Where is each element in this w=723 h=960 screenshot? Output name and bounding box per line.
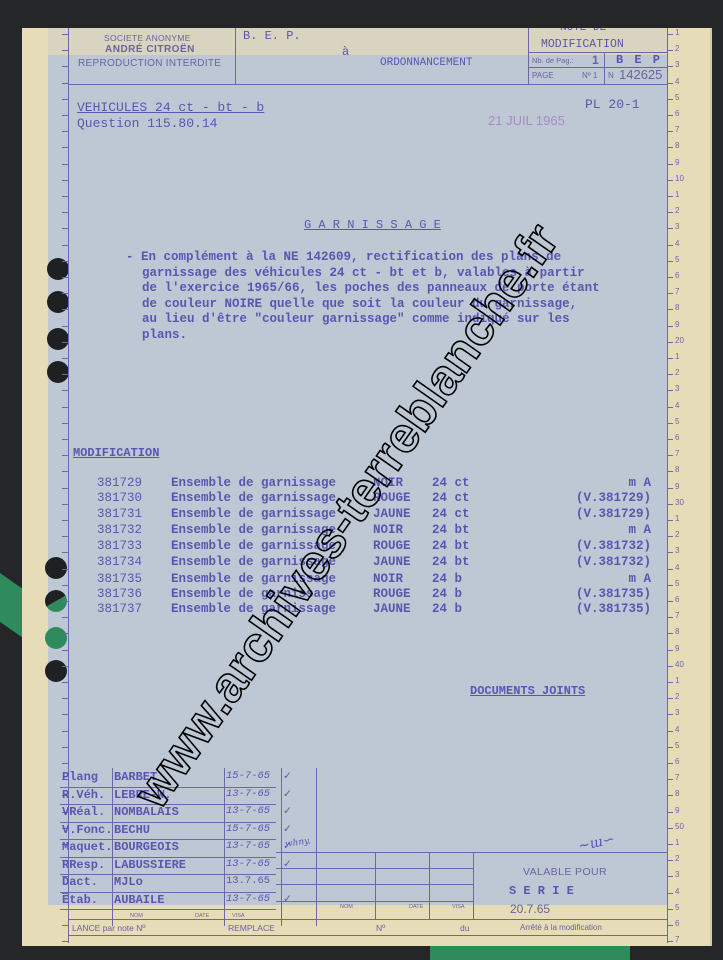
ruler-number: 2 [675,44,679,53]
ruler-number: 4 [675,563,679,572]
ruler-number: 30 [675,498,684,507]
ruler-number: 5 [675,579,679,588]
part-number: 381733 [97,539,142,553]
part-description: Ensemble de garnissage [171,491,336,505]
ruler-tick [62,504,68,505]
page-number: Nº 1 [582,71,597,80]
ruler-number: 7 [675,611,679,620]
ruler-tick [667,714,673,715]
ruler-number: 7 [675,935,679,944]
signature-date: 15-7-65 [226,770,270,782]
doc-type: MODIFICATION [541,38,624,51]
ruler-tick [667,860,673,861]
ruler-tick [667,342,673,343]
ruler-tick [667,763,673,764]
ruler-tick [62,164,68,165]
ruler-tick [62,941,68,942]
part-note: m A [628,523,651,537]
binding-hole [45,627,67,649]
ruler-tick [667,439,673,440]
ruler-tick [62,763,68,764]
ruler-tick [62,196,68,197]
vehicle-model: 24 ct [432,476,470,490]
ruler-number: 4 [675,239,679,248]
ruler-tick [667,115,673,116]
header-cell-divider [604,52,605,84]
ruler-number: 8 [675,141,679,150]
ruler-number: 8 [675,789,679,798]
part-number: 381734 [97,555,142,569]
validity-date: 20.7.65 [510,902,550,916]
approval-top-line [276,852,668,853]
col-visa-2: VISA [452,904,465,910]
signature-visa: ✓ [283,823,292,835]
department-code: B E P [616,53,662,67]
part-number: 381736 [97,587,142,601]
paragraph-line: plans. [142,328,187,342]
ruler-tick [667,164,673,165]
part-number: 381731 [97,507,142,521]
nb-pages: 1 [592,53,599,67]
signature-date: 15-7-65 [226,823,270,835]
signature-date: 13-7-65 [226,840,270,852]
ruler-tick [667,828,673,829]
signatory-name: BOURGEOIS [114,840,179,854]
ruler-number: 1 [675,28,679,37]
ruler-tick [667,196,673,197]
ruler-number: 7 [675,773,679,782]
ruler-number: 1 [675,514,679,523]
ruler-tick [62,731,68,732]
ruler-number: 7 [675,287,679,296]
ruler-tick [62,925,68,926]
date-stamp: 21 JUIL 1965 [488,113,565,128]
part-color: NOIR [373,572,403,586]
ruler-tick [667,471,673,472]
ruler-tick [62,617,68,618]
col-date-2: DATE [409,904,423,910]
part-number: 381737 [97,602,142,616]
part-note: (V.381729) [576,491,651,505]
part-note: m A [628,572,651,586]
ruler-tick [667,536,673,537]
signatory-role: VRéal. [62,805,105,819]
ruler-tick [667,617,673,618]
ruler-tick [62,261,68,262]
signature-visa: ✓ [283,893,292,905]
ruler-tick [62,115,68,116]
signature-col-line [112,768,113,926]
part-note: (V.381729) [576,507,651,521]
ruler-tick [62,423,68,424]
ruler-tick [667,844,673,845]
part-number: 381732 [97,523,142,537]
question-ref: Question 115.80.14 [77,116,217,131]
ruler-number: 3 [675,222,679,231]
page-label: PAGE [532,71,554,80]
ruler-number: 8 [675,303,679,312]
ruler-number: 2 [675,692,679,701]
ruler-tick [62,131,68,132]
approval-divider [375,852,376,919]
ruler-number: 4 [675,77,679,86]
vehicle-model: 24 ct [432,491,470,505]
ruler-number: 10 [675,174,684,183]
ruler-tick [667,390,673,391]
part-color: JAUNE [373,555,411,569]
ruler-number: 5 [675,903,679,912]
vehicle-model: 24 bt [432,539,470,553]
ruler-number: 4 [675,725,679,734]
part-number: 381735 [97,572,142,586]
ruler-tick [667,779,673,780]
ruler-tick [62,666,68,667]
ruler-number: 1 [675,838,679,847]
ruler-number: 5 [675,741,679,750]
ruler-tick [667,147,673,148]
approval-line [276,901,473,902]
header-divider [528,28,529,84]
ruler-tick [62,34,68,35]
vehicle-model: 24 bt [432,523,470,537]
ruler-tick [62,650,68,651]
ruler-tick [667,180,673,181]
signatory-role: Dact. [62,875,98,889]
ruler-number: 3 [675,60,679,69]
ruler-tick [62,682,68,683]
ruler-tick [667,925,673,926]
ruler-tick [62,552,68,553]
ruler-tick [667,66,673,67]
valid-for-label: VALABLE POUR [523,866,607,878]
ruler-tick [62,212,68,213]
ruler-number: 5 [675,93,679,102]
vehicle-model: 24 b [432,602,462,616]
ruler-tick [62,309,68,310]
documents-joints-heading: DOCUMENTS JOINTS [470,684,585,698]
ruler-tick [667,909,673,910]
binding-hole [47,328,69,350]
ruler-tick [667,83,673,84]
n-label: N [608,71,614,80]
ruler-tick [62,293,68,294]
ruler-number: 9 [675,158,679,167]
ruler-tick [62,228,68,229]
ruler-tick [667,374,673,375]
doc-type-partial: NOTE DE [560,22,606,34]
signature-row-line [60,909,276,910]
signature-date: 13-7-65 [226,893,270,905]
to-department: ORDONNANCEMENT [380,57,472,69]
signatory-name: AUBAILE [114,893,164,907]
ruler-number: 6 [675,595,679,604]
from-department: B. E. P. [243,29,301,43]
ruler-number: 3 [675,708,679,717]
part-color: JAUNE [373,602,411,616]
ruler-tick [667,601,673,602]
signatory-role: Plang [62,770,98,784]
ruler-number: 8 [675,627,679,636]
ruler-tick [62,50,68,51]
approval-divider [429,852,430,919]
ruler-number: 9 [675,320,679,329]
part-color: ROUGE [373,539,411,553]
part-color: NOIR [373,523,403,537]
ruler-tick [62,471,68,472]
ruler-number: 3 [675,384,679,393]
ruler-tick [62,147,68,148]
signature-date: 13.7.65 [226,875,270,887]
ruler-number: 3 [675,870,679,879]
header-divider [235,28,236,84]
signature-col-line [224,768,225,926]
ruler-number: 1 [675,676,679,685]
signature-date: 13-7-65 [226,788,270,800]
ruler-tick [667,569,673,570]
part-description: Ensemble de garnissage [171,476,336,490]
ruler-number: 1 [675,352,679,361]
ruler-tick [667,50,673,51]
approval-line [276,884,473,885]
remplace-label: REMPLACE [228,923,275,933]
footer-top-line [68,919,668,920]
ruler-tick [62,277,68,278]
ruler-tick [62,83,68,84]
ruler-tick [667,407,673,408]
ruler-number: 7 [675,125,679,134]
ruler-tick [667,293,673,294]
ruler-tick [62,326,68,327]
part-note: m A [628,476,651,490]
signature-visa: ✓ [283,805,292,817]
ruler-tick [667,261,673,262]
note-number: 142625 [619,67,662,82]
no-label: Nº [376,923,385,933]
part-note: (V.381735) [576,587,651,601]
ruler-tick [667,698,673,699]
du-label: du [460,923,469,933]
ruler-tick [667,455,673,456]
ruler-tick [667,552,673,553]
ruler-tick [667,34,673,35]
company-name: ANDRÉ CITROËN [105,44,195,55]
ruler-tick [667,326,673,327]
ruler-tick [62,390,68,391]
part-note: (V.381732) [576,555,651,569]
ruler-tick [62,180,68,181]
vehicles-subject: VEHICULES 24 ct - bt - b [77,100,264,115]
ruler-tick [667,309,673,310]
ruler-tick [667,747,673,748]
signatory-name: MJLo [114,875,143,889]
ruler-tick [62,714,68,715]
ruler-tick [667,228,673,229]
ruler-number: 2 [675,206,679,215]
ruler-tick [62,536,68,537]
signatory-role: R.Véh. [62,788,105,802]
col-nom-2: NOM [340,904,353,910]
ruler-tick [62,407,68,408]
ruler-number: 4 [675,887,679,896]
ruler-number: 4 [675,401,679,410]
modification-heading: MODIFICATION [73,446,159,460]
ruler-number: 6 [675,109,679,118]
ruler-tick [62,245,68,246]
ruler-tick [667,633,673,634]
signatory-role: RResp. [62,858,105,872]
company-type: SOCIETE ANONYME [104,33,191,43]
ruler-tick [667,731,673,732]
ruler-tick [667,358,673,359]
ruler-number: 9 [675,482,679,491]
signatory-name: LABUSSIERE [114,858,186,872]
ruler-tick [62,698,68,699]
signature-date: 13-7-65 [226,858,270,870]
ruler-tick [667,212,673,213]
ruler-number: 2 [675,368,679,377]
ruler-tick [667,795,673,796]
part-number: 381730 [97,491,142,505]
ruler-tick [667,520,673,521]
ruler-tick [667,423,673,424]
vehicle-model: 24 bt [432,555,470,569]
arrete-label: Arrêté à la modification [520,923,602,932]
ruler-number: 6 [675,919,679,928]
ruler-tick [667,245,673,246]
ruler-number: 20 [675,336,684,345]
plan-ref: PL 20-1 [585,97,640,112]
ruler-tick [62,374,68,375]
ruler-number: 8 [675,465,679,474]
ruler-tick [62,633,68,634]
ruler-tick [667,941,673,942]
ruler-tick [667,99,673,100]
ruler-tick [667,650,673,651]
ruler-tick [667,876,673,877]
ruler-number: 5 [675,255,679,264]
lance-label: LANCE par note Nº [72,923,146,933]
right-margin-line [667,28,668,943]
ruler-number: 1 [675,190,679,199]
ruler-number: 6 [675,271,679,280]
footer-bottom-line [68,935,668,936]
ruler-number: 50 [675,822,684,831]
ruler-tick [62,439,68,440]
signature-visa: ✓ [283,788,292,800]
ruler-tick [62,569,68,570]
ruler-number: 9 [675,806,679,815]
signature-date: 13-7-65 [226,805,270,817]
ruler-tick [667,682,673,683]
ruler-tick [62,342,68,343]
ruler-tick [62,520,68,521]
ruler-tick [667,277,673,278]
ruler-number: 40 [675,660,684,669]
signatory-role: V.Fonc. [62,823,112,837]
ruler-tick [62,455,68,456]
ruler-number: 7 [675,449,679,458]
ruler-tick [667,666,673,667]
vehicle-model: 24 b [432,572,462,586]
ruler-tick [667,893,673,894]
section-title: G A R N I S S A G E [304,218,441,232]
approval-line [276,868,473,869]
ruler-tick [667,812,673,813]
ruler-tick [62,601,68,602]
vehicle-model: 24 ct [432,507,470,521]
ruler-number: 3 [675,546,679,555]
vehicle-model: 24 b [432,587,462,601]
ruler-tick [62,747,68,748]
ruler-tick [62,488,68,489]
binding-hole [45,660,67,682]
signatory-role: Maquet. [62,840,112,854]
to-preposition: à [342,45,349,59]
ruler-number: 6 [675,757,679,766]
ruler-tick [62,358,68,359]
ruler-tick [667,585,673,586]
ruler-number: 9 [675,644,679,653]
ruler-tick [667,488,673,489]
ruler-tick [62,99,68,100]
ruler-tick [667,131,673,132]
signatory-name: BECHU [114,823,150,837]
part-note: (V.381732) [576,539,651,553]
reproduction-notice: REPRODUCTION INTERDITE [78,58,221,69]
header-bottom-line [68,84,668,85]
part-number: 381729 [97,476,142,490]
signature-visa: ✓ [283,770,292,782]
part-note: (V.381735) [576,602,651,616]
approval-divider [473,852,474,919]
binding-hole [47,361,69,383]
ruler-number: 5 [675,417,679,426]
signatory-role: Etab. [62,893,98,907]
ruler-tick [62,585,68,586]
part-color: ROUGE [373,587,411,601]
ruler-number: 6 [675,433,679,442]
nb-pages-label: Nb. de Pag.: [532,56,574,65]
ruler-tick [667,504,673,505]
ruler-number: 2 [675,530,679,539]
ruler-tick [62,66,68,67]
serie-label: S E R I E [509,884,574,898]
ruler-number: 2 [675,854,679,863]
